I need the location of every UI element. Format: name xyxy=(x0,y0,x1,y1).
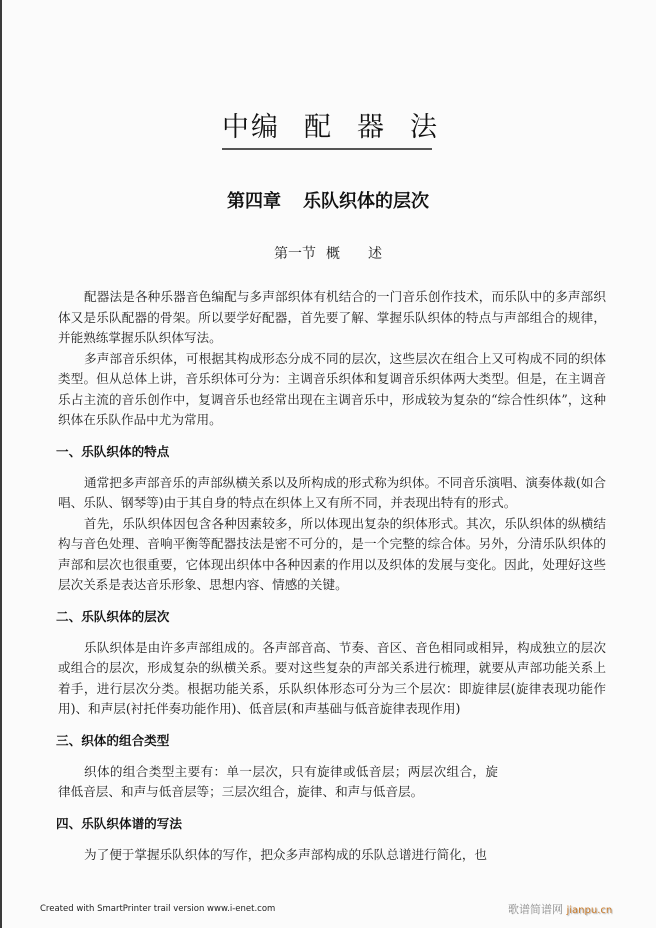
book-title: 中编配器法 xyxy=(222,112,436,144)
subsection-paragraph: 织体的组合类型主要有：单一层次，只有旋律或低音层；两层次组合，旋律低音层、和声与… xyxy=(58,762,498,803)
body-content: 配器法是各种乐器音色编配与多声部织体有机结合的一门音乐创作技术，而乐队中的多声部… xyxy=(58,287,606,865)
site-watermark-domain: jianpu.cn xyxy=(567,905,613,916)
intro-paragraph: 配器法是各种乐器音色编配与多声部织体有机结合的一门音乐创作技术，而乐队中的多声部… xyxy=(58,287,606,349)
site-watermark-cn: 歌谱简谱网 xyxy=(508,903,563,916)
section-title-part: 述 xyxy=(368,246,382,262)
section-title: 第一节概述 xyxy=(0,244,656,264)
page-left-edge xyxy=(0,0,2,928)
title-underline xyxy=(222,148,432,150)
subsection-heading: 四、乐队织体谱的写法 xyxy=(56,815,606,833)
intro-paragraph: 多声部音乐织体，可根据其构成形态分成不同的层次，这些层次在组合上又可构成不同的织… xyxy=(58,349,606,431)
subsection-heading: 一、乐队织体的特点 xyxy=(56,443,606,461)
subsection-heading: 三、织体的组合类型 xyxy=(56,732,606,750)
subsection-paragraph: 为了便于掌握乐队织体的写作，把众多声部构成的乐队总谱进行简化，也 xyxy=(58,845,606,866)
section-number: 第一节 xyxy=(274,246,316,262)
book-title-part: 器 xyxy=(357,112,386,143)
printer-watermark: Created with SmartPrinter trail version … xyxy=(40,904,275,914)
book-title-part: 中编 xyxy=(222,112,280,143)
section-title-part: 概 xyxy=(326,246,340,262)
subsection-heading: 二、乐队织体的层次 xyxy=(56,608,606,626)
book-title-block: 中编配器法 xyxy=(222,112,436,150)
book-title-part: 法 xyxy=(410,112,439,143)
subsection-paragraph: 首先，乐队织体因包含各种因素较多，所以体现出复杂的织体形式。其次，乐队织体的纵横… xyxy=(58,514,606,596)
subsection-paragraph: 乐队织体是由许多声部组成的。各声部音高、节奏、音区、音色相同或相异，构成独立的层… xyxy=(58,638,606,720)
chapter-name: 乐队织体的层次 xyxy=(303,191,429,212)
chapter-title: 第四章乐队织体的层次 xyxy=(0,190,656,214)
site-watermark: 歌谱简谱网 jianpu.cn xyxy=(508,901,612,917)
chapter-number: 第四章 xyxy=(227,191,281,212)
subsection-paragraph: 通常把多声部音乐的声部纵横关系以及所构成的形式称为织体。不同音乐演唱、演奏体裁(… xyxy=(58,473,606,514)
book-title-part: 配 xyxy=(304,112,333,143)
